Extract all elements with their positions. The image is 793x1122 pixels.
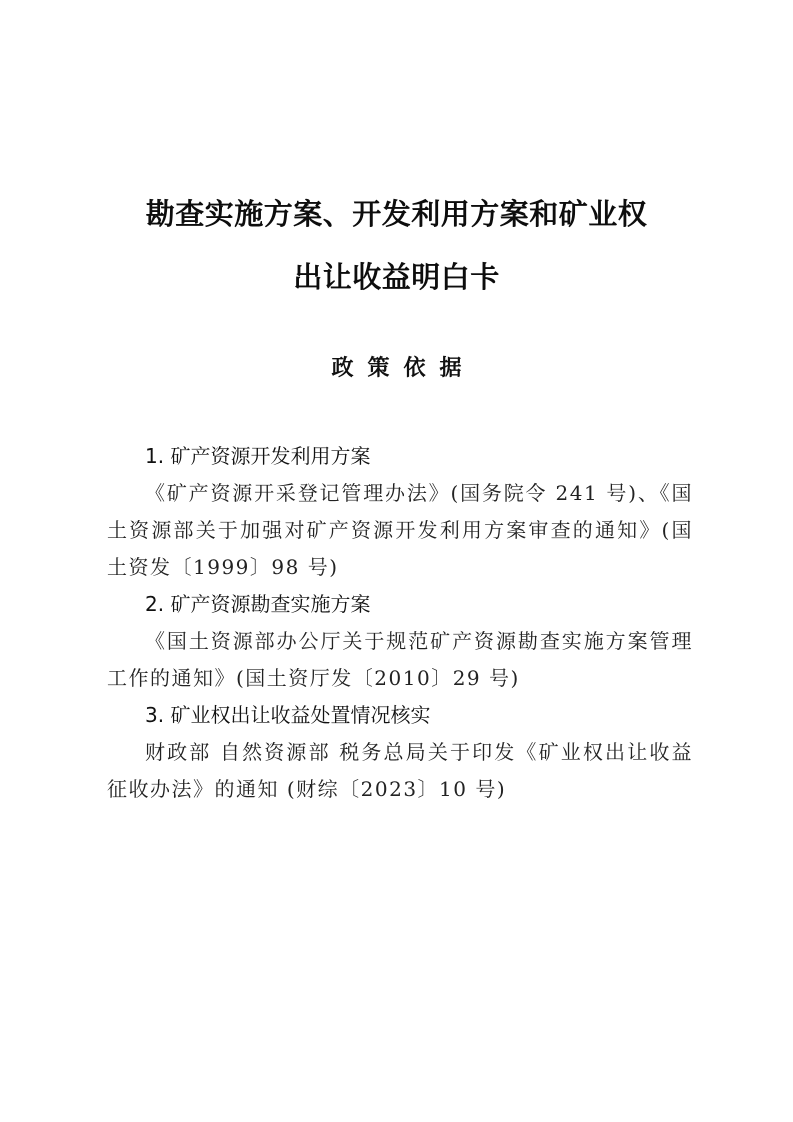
- policy-section-1: 1. 矿产资源开发利用方案 《矿产资源开采登记管理办法》(国务院令 241 号)…: [107, 438, 693, 586]
- policy-section-3: 3. 矿业权出让收益处置情况核实 财政部 自然资源部 税务总局关于印发《矿业权出…: [107, 697, 693, 808]
- policy-body: 《国土资源部办公厅关于规范矿产资源勘查实施方案管理工作的通知》(国土资厅发〔20…: [107, 623, 693, 697]
- policy-heading: 1. 矿产资源开发利用方案: [107, 438, 693, 475]
- policy-heading: 2. 矿产资源勘查实施方案: [107, 586, 693, 623]
- policy-body: 《矿产资源开采登记管理办法》(国务院令 241 号)、《国土资源部关于加强对矿产…: [107, 475, 693, 586]
- policy-body: 财政部 自然资源部 税务总局关于印发《矿业权出让收益征收办法》的通知 (财综〔2…: [107, 734, 693, 808]
- policy-section-2: 2. 矿产资源勘查实施方案 《国土资源部办公厅关于规范矿产资源勘查实施方案管理工…: [107, 586, 693, 697]
- section-subtitle: 政策依据: [0, 351, 793, 382]
- policy-heading: 3. 矿业权出让收益处置情况核实: [107, 697, 693, 734]
- document-title-line-1: 勘查实施方案、开发利用方案和矿业权: [0, 192, 793, 233]
- policy-basis-list: 1. 矿产资源开发利用方案 《矿产资源开采登记管理办法》(国务院令 241 号)…: [107, 438, 693, 808]
- document-title-line-2: 出让收益明白卡: [0, 255, 793, 296]
